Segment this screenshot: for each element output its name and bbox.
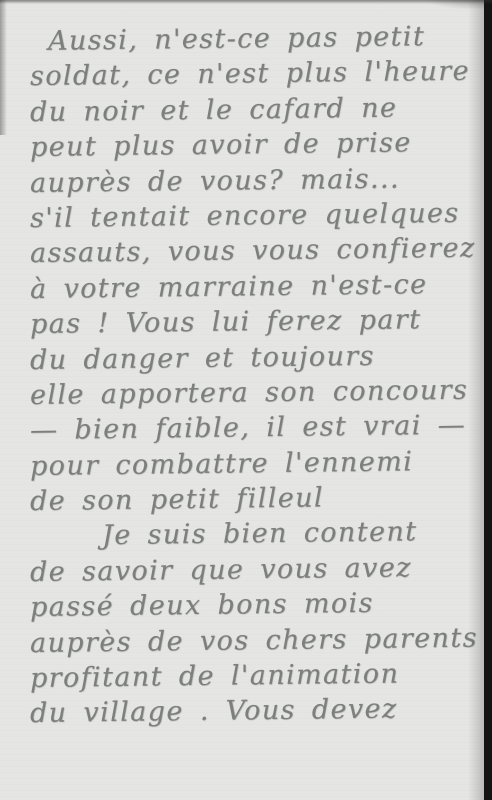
- handwritten-line: s'il tentait encore quelques: [30, 196, 466, 237]
- handwritten-line: auprès de vos chers parents: [30, 620, 466, 661]
- handwritten-line: passé deux bons mois: [30, 585, 466, 626]
- handwritten-line: profitant de l'animation: [30, 656, 466, 697]
- scanned-letter-page: Aussi, n'est-ce pas petit soldat, ce n'e…: [0, 0, 492, 800]
- handwritten-line: du village . Vous devez: [30, 691, 466, 732]
- handwritten-line: pour combattre l'ennemi: [30, 443, 466, 484]
- handwritten-line: du danger et toujours: [30, 337, 466, 378]
- handwritten-line: pas ! Vous lui ferez part: [30, 302, 466, 343]
- scan-top-edge: [0, 0, 492, 4]
- handwritten-line: Aussi, n'est-ce pas petit: [30, 19, 466, 60]
- handwritten-line: du noir et le cafard ne: [30, 89, 466, 130]
- scan-top-left-edge: [0, 0, 7, 135]
- scan-corner-smudge: [424, 0, 484, 10]
- handwritten-line: de son petit filleul: [30, 479, 466, 520]
- scan-right-shadow: [468, 0, 484, 800]
- handwritten-line: — bien faible, il est vrai —: [30, 408, 466, 449]
- letter-text-block: Aussi, n'est-ce pas petit soldat, ce n'e…: [30, 24, 466, 732]
- handwritten-line: de savoir que vous avez: [30, 550, 466, 591]
- handwritten-line: elle apportera son concours: [30, 373, 466, 414]
- handwritten-line: assauts, vous vous confierez: [30, 231, 466, 272]
- scan-right-edge: [484, 0, 492, 800]
- handwritten-line: Je suis bien content: [30, 514, 466, 555]
- handwritten-line: auprès de vous? mais...: [30, 160, 466, 201]
- handwritten-line: soldat, ce n'est plus l'heure: [30, 54, 466, 95]
- handwritten-line: à votre marraine n'est-ce: [30, 266, 466, 307]
- handwritten-line: peut plus avoir de prise: [30, 125, 466, 166]
